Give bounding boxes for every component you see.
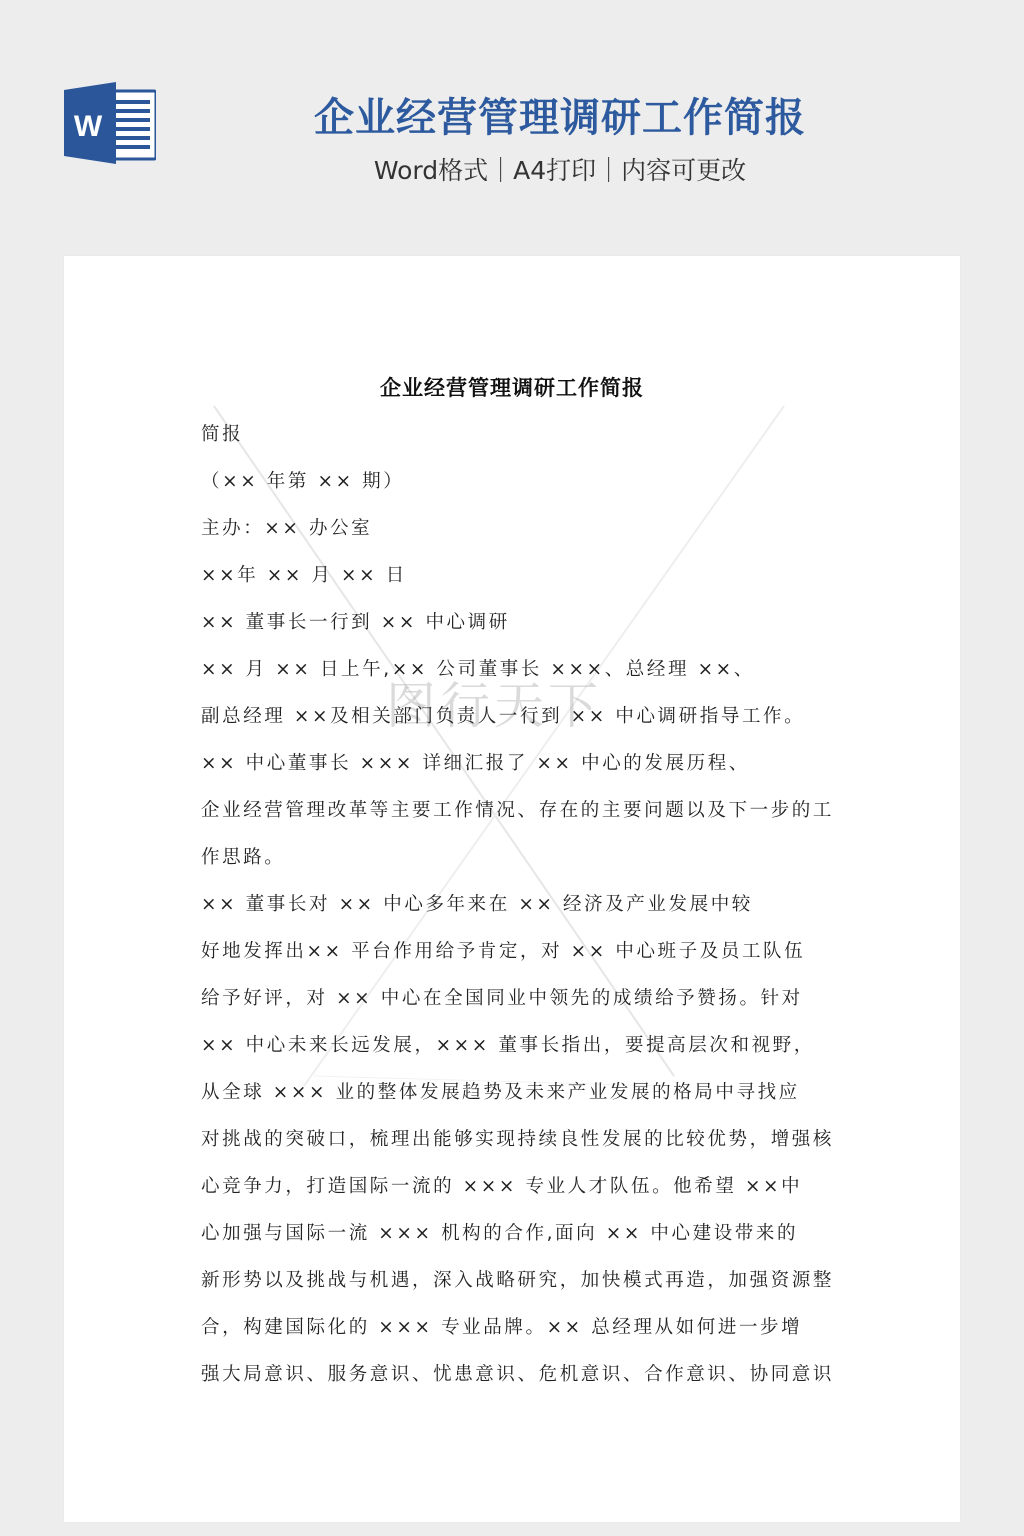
svg-text:W: W — [74, 110, 103, 143]
doc-line: 强大局意识、服务意识、忧患意识、危机意识、合作意识、协同意识 — [201, 1363, 834, 1387]
word-document-icon: W — [64, 82, 156, 164]
header-title: 企业经营管理调研工作简报 — [300, 92, 820, 144]
doc-line: 合，构建国际化的 ××× 专业品牌。×× 总经理从如何进一步增 — [201, 1316, 802, 1340]
doc-line: （×× 年第 ×× 期） — [201, 470, 404, 494]
doc-line: 心竞争力，打造国际一流的 ××× 专业人才队伍。他希望 ××中 — [201, 1175, 802, 1199]
doc-line: 副总经理 ××及相关部门负责人一行到 ×× 中心调研指导工作。 — [201, 705, 805, 729]
doc-line: ×× 中心未来长远发展，××× 董事长指出，要提高层次和视野， — [201, 1034, 815, 1058]
doc-line: 新形势以及挑战与机遇，深入战略研究，加快模式再造，加强资源整 — [201, 1269, 834, 1293]
doc-line: 企业经营管理改革等主要工作情况、存在的主要问题以及下一步的工 — [201, 799, 834, 823]
doc-line: 主办：×× 办公室 — [201, 517, 372, 541]
document-title: 企业经营管理调研工作简报 — [64, 372, 960, 402]
doc-line: ×× 董事长一行到 ×× 中心调研 — [201, 611, 510, 635]
doc-line: ×× 中心董事长 ××× 详细汇报了 ×× 中心的发展历程、 — [201, 752, 750, 776]
doc-line: 简报 — [201, 423, 243, 447]
doc-line: 心加强与国际一流 ××× 机构的合作,面向 ×× 中心建设带来的 — [201, 1222, 798, 1246]
header-subtitle: Word格式｜A4打印｜内容可更改 — [300, 154, 820, 188]
doc-line: ×× 董事长对 ×× 中心多年来在 ×× 经济及产业发展中较 — [201, 893, 753, 917]
doc-line: 作思路。 — [201, 846, 285, 870]
document-page: 图行天下 企业经营管理调研工作简报 简报 （×× 年第 ×× 期） 主办：×× … — [64, 256, 960, 1522]
doc-line: ×× 月 ×× 日上午,×× 公司董事长 ×××、总经理 ××、 — [201, 658, 755, 682]
doc-line: 给予好评，对 ×× 中心在全国同业中领先的成绩给予赞扬。针对 — [201, 987, 803, 1011]
header-banner: W 企业经营管理调研工作简报 Word格式｜A4打印｜内容可更改 — [0, 0, 1024, 256]
doc-line: 从全球 ××× 业的整体发展趋势及未来产业发展的格局中寻找应 — [201, 1081, 800, 1105]
doc-line: 好地发挥出×× 平台作用给予肯定，对 ×× 中心班子及员工队伍 — [201, 940, 805, 964]
doc-line: 对挑战的突破口，梳理出能够实现持续良性发展的比较优势，增强核 — [201, 1128, 834, 1152]
doc-line: ××年 ×× 月 ×× 日 — [201, 564, 407, 588]
